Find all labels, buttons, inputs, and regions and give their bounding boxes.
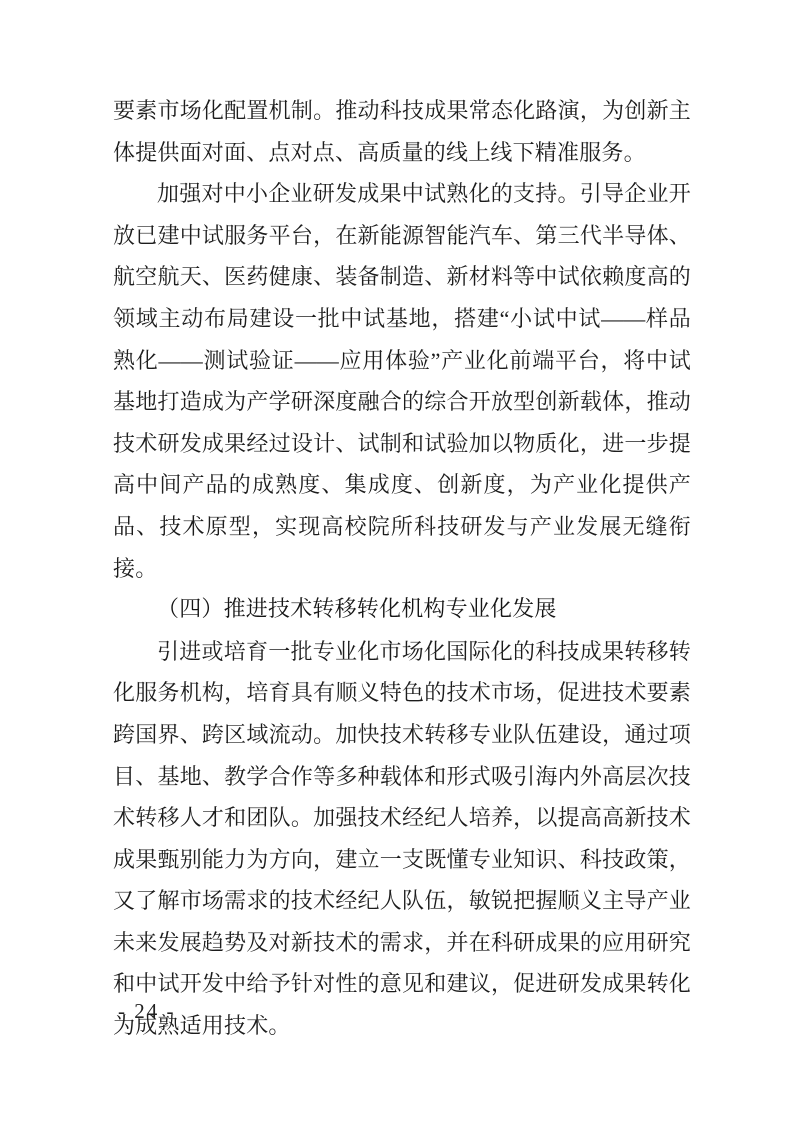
- page-number: - 24 -: [118, 999, 176, 1023]
- section-heading: （四）推进技术转移转化机构专业化发展: [113, 589, 691, 631]
- document-body: 要素市场化配置机制。推动科技成果常态化路演，为创新主体提供面对面、点对点、高质量…: [113, 90, 691, 1047]
- document-page: 要素市场化配置机制。推动科技成果常态化路演，为创新主体提供面对面、点对点、高质量…: [0, 0, 800, 1131]
- body-paragraph: 加强对中小企业研发成果中试熟化的支持。引导企业开放已建中试服务平台，在新能源智能…: [113, 173, 691, 589]
- body-paragraph: 要素市场化配置机制。推动科技成果常态化路演，为创新主体提供面对面、点对点、高质量…: [113, 90, 691, 173]
- body-paragraph: 引进或培育一批专业化市场化国际化的科技成果转移转化服务机构，培育具有顺义特色的技…: [113, 631, 691, 1047]
